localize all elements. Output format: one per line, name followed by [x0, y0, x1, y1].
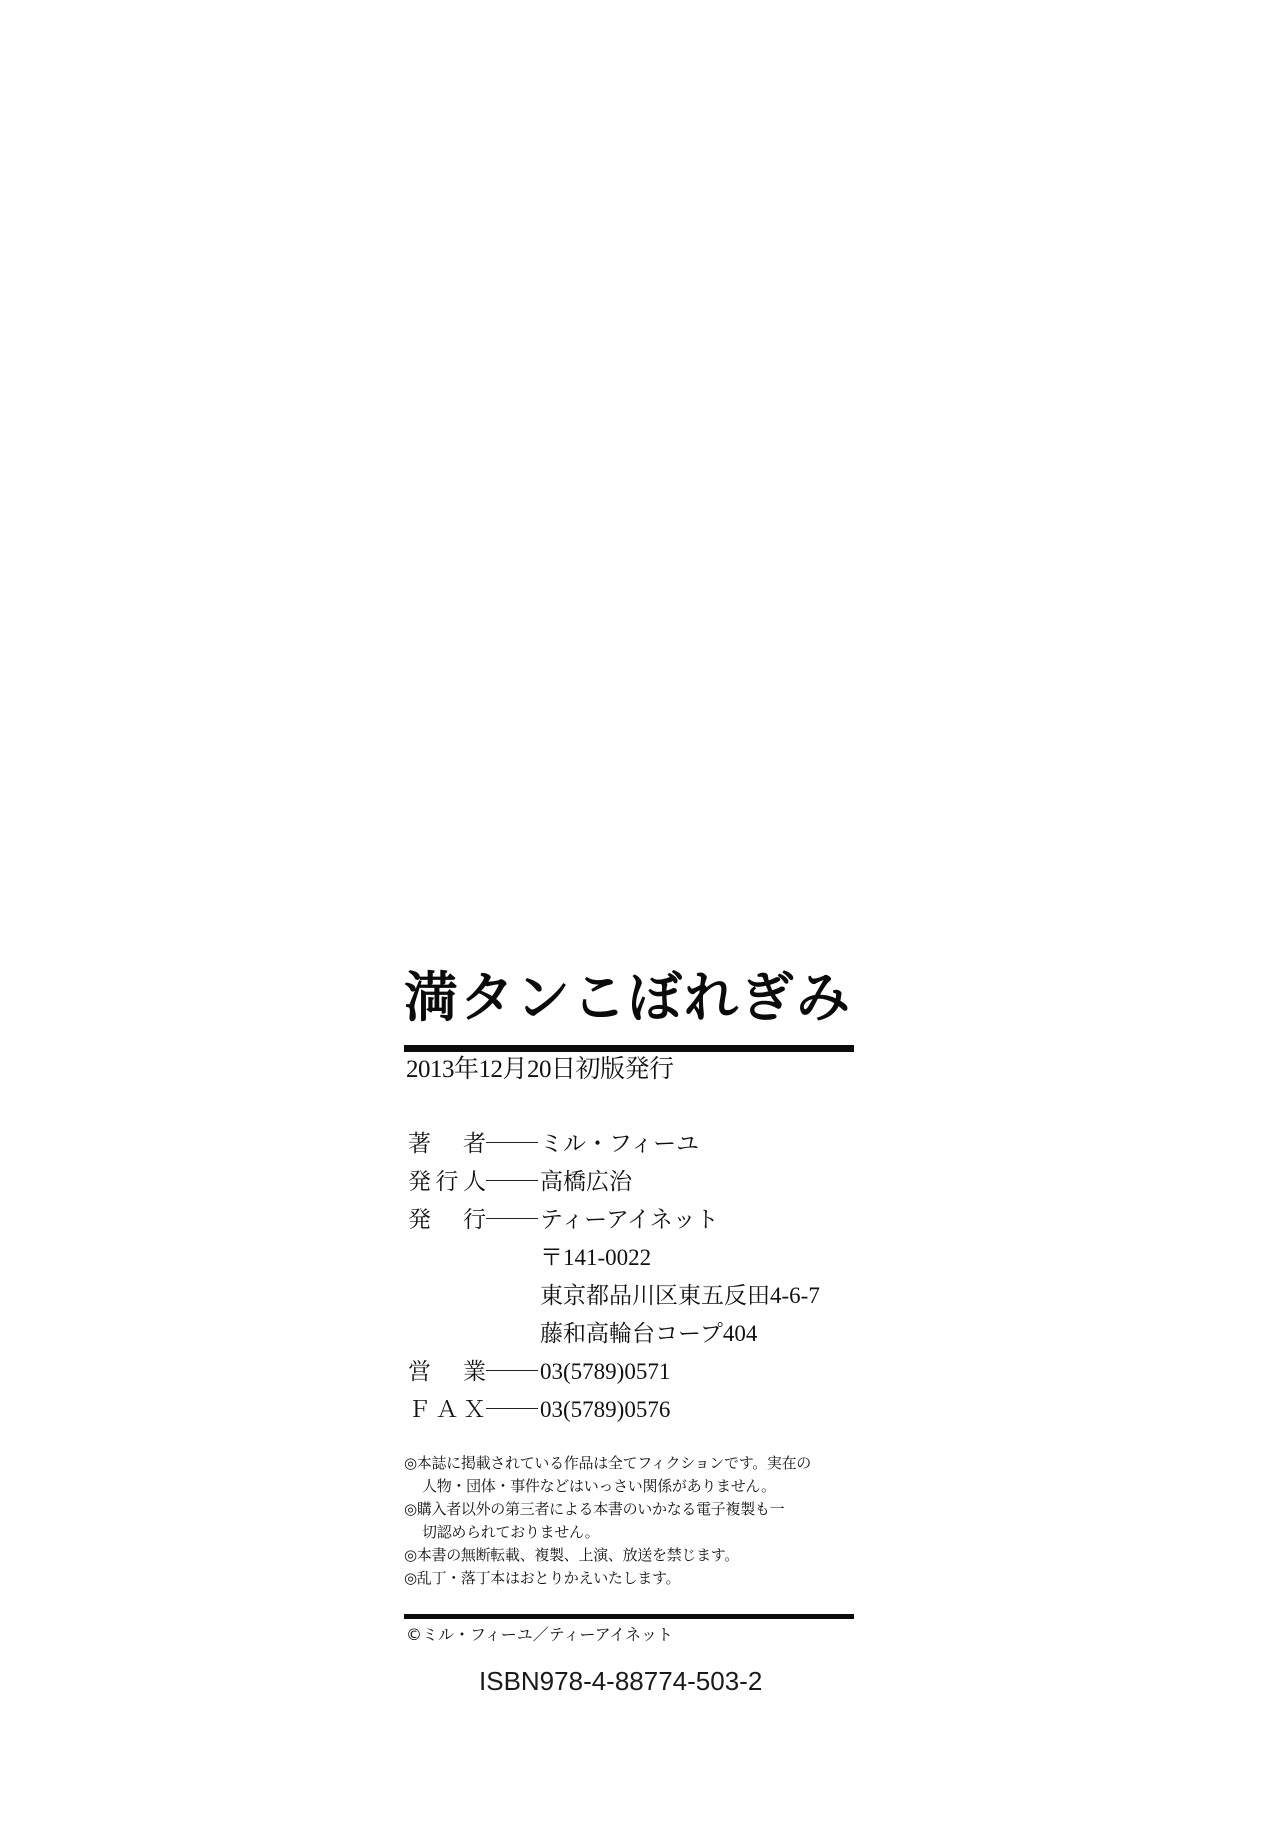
- credit-row-publisher-person: 発行人 高橋広治: [408, 1163, 848, 1201]
- note-fiction-continued: 人物・団体・事件などはいっさい関係がありません。: [404, 1475, 856, 1498]
- note-reproduction: ◎本書の無断転載、複製、上演、放送を禁じます。: [404, 1544, 856, 1567]
- dash-divider: [486, 1218, 538, 1219]
- credit-value: 東京都品川区東五反田4-6-7: [540, 1277, 820, 1315]
- note-defective-copies: ◎乱丁・落丁本はおとりかえいたします。: [404, 1567, 856, 1590]
- credit-value: 〒141-0022: [540, 1239, 651, 1277]
- dash-divider: [486, 1408, 538, 1409]
- note-digital-copy-continued: 切認められておりません。: [404, 1521, 856, 1544]
- dash-divider: [486, 1180, 538, 1181]
- dash-divider: [486, 1370, 538, 1371]
- credit-value: 高橋広治: [540, 1163, 632, 1201]
- note-fiction: ◎本誌に掲載されている作品は全てフィクションです。実在の: [404, 1452, 856, 1475]
- credit-value: 藤和高輪台コープ404: [540, 1315, 757, 1353]
- credit-row-address-2: 藤和高輪台コープ404: [408, 1315, 848, 1353]
- book-title: 満タンこぼれぎみ: [404, 962, 856, 1032]
- isbn-number: ISBN978-4-88774-503-2: [479, 1665, 762, 1697]
- top-rule-divider: [404, 1045, 854, 1052]
- credit-value: ミル・フィーユ: [540, 1125, 699, 1163]
- publication-date: 2013年12月20日初版発行: [406, 1055, 674, 1085]
- credit-value: 03(5789)0576: [540, 1391, 670, 1429]
- credit-value: ティーアイネット: [540, 1201, 719, 1239]
- note-digital-copy: ◎購入者以外の第三者による本書のいかなる電子複製も一: [404, 1498, 856, 1521]
- credit-row-address-1: 東京都品川区東五反田4-6-7: [408, 1277, 848, 1315]
- credit-label: 営 業: [408, 1353, 486, 1391]
- credit-row-publisher: 発 行 ティーアイネット: [408, 1201, 848, 1239]
- credit-row-author: 著 者 ミル・フィーユ: [408, 1125, 848, 1163]
- dash-divider: [486, 1142, 538, 1143]
- bottom-rule-divider: [404, 1614, 854, 1619]
- credits-list: 著 者 ミル・フィーユ 発行人 高橋広治 発 行 ティーアイネット 〒141-0…: [408, 1125, 848, 1429]
- credit-row-postal-code: 〒141-0022: [408, 1239, 848, 1277]
- copyright-line: ©ミル・フィーユ／ティーアイネット: [406, 1624, 673, 1646]
- credit-label: 著 者: [408, 1125, 486, 1163]
- legal-notes: ◎本誌に掲載されている作品は全てフィクションです。実在の 人物・団体・事件などは…: [404, 1452, 856, 1590]
- credit-row-fax: ＦＡＸ 03(5789)0576: [408, 1391, 848, 1429]
- credit-label: 発行人: [408, 1163, 486, 1201]
- credit-label: 発 行: [408, 1201, 486, 1239]
- credit-value: 03(5789)0571: [540, 1353, 670, 1391]
- credit-label: ＦＡＸ: [408, 1391, 486, 1429]
- credit-row-sales-phone: 営 業 03(5789)0571: [408, 1353, 848, 1391]
